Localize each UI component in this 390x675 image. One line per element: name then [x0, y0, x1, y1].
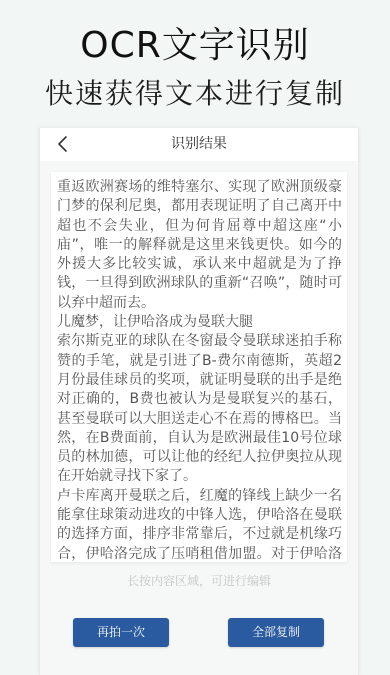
promo-subtitle: 快速获得文本进行复制 — [0, 76, 390, 112]
ocr-result-text-area[interactable]: 重返欧洲赛场的维特塞尔、实现了欧洲顶级豪门梦的保利尼奥，都用表现证明了自己离开中… — [51, 172, 347, 562]
promo-title: OCR文字识别 — [0, 24, 390, 68]
ocr-result-text[interactable]: 重返欧洲赛场的维特塞尔、实现了欧洲顶级豪门梦的保利尼奥，都用表现证明了自己离开中… — [57, 178, 342, 562]
nav-bar: 识别结果 — [40, 128, 358, 161]
retake-button[interactable]: 再拍一次 — [73, 618, 169, 647]
phone-screen: 识别结果 重返欧洲赛场的维特塞尔、实现了欧洲顶级豪门梦的保利尼奥，都用表现证明了… — [39, 128, 359, 675]
edit-hint: 长按内容区域，可进行编辑 — [40, 573, 358, 589]
page-title: 识别结果 — [40, 128, 358, 161]
copy-all-button[interactable]: 全部复制 — [228, 618, 324, 647]
